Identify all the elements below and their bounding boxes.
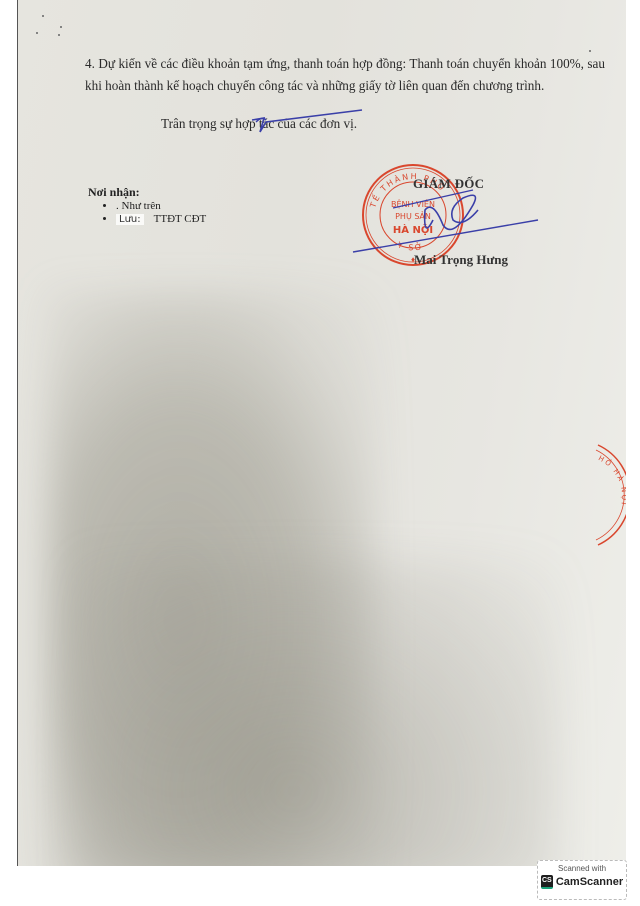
recipient-text: TTĐT CĐT <box>154 213 207 225</box>
recipient-item: . Như trên <box>116 200 206 213</box>
recipients-title: Nơi nhận: <box>88 185 206 200</box>
recipient-text: . Như trên <box>116 200 161 212</box>
paragraph-payment-terms: 4. Dự kiến về các điều khoản tạm ứng, th… <box>85 53 605 97</box>
partial-seal-icon: HỒ HÀ NỘI <box>588 440 626 550</box>
signatory-name: Mai Trọng Hưng <box>414 252 508 268</box>
signature-icon <box>353 180 553 260</box>
scanned-page: 4. Dự kiến về các điều khoản tạm ứng, th… <box>17 0 626 866</box>
watermark-brand-name: CamScanner <box>556 876 623 888</box>
recipients-block: Nơi nhận: . Như trên Lưu:TTĐT CĐT <box>88 185 206 226</box>
watermark-brand: CS CamScanner <box>538 875 626 889</box>
recipient-item: Lưu:TTĐT CĐT <box>116 213 206 226</box>
camscanner-logo-icon: CS <box>541 875 553 889</box>
handwritten-label: Lưu: <box>116 214 144 225</box>
initial-mark-icon <box>250 108 370 138</box>
camscanner-watermark: Scanned with CS CamScanner <box>537 860 627 900</box>
svg-text:HỒ HÀ NỘI: HỒ HÀ NỘI <box>597 454 626 507</box>
recipients-list: . Như trên Lưu:TTĐT CĐT <box>88 200 206 226</box>
shadow-overlay <box>78 560 558 866</box>
watermark-caption: Scanned with <box>538 864 626 873</box>
